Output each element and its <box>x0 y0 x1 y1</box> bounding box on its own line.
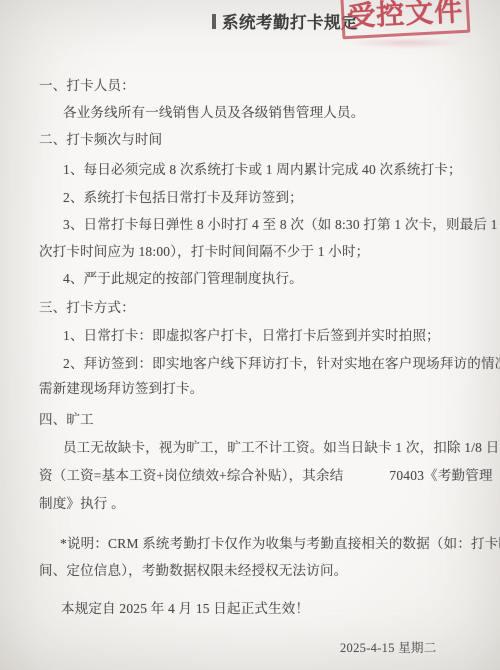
gap-line-right: 70403《考勤管理 <box>389 464 492 484</box>
list-item: 1、日常打卡：即虚拟客户打卡，日常打卡后签到并实时拍照； <box>63 324 440 344</box>
list-item: 3、日常打卡每日弹性 8 小时打 4 至 8 次（如 8:30 打第 1 次卡，… <box>63 213 498 233</box>
stamp-ink-smear <box>350 39 462 47</box>
paragraph-line: 员工无故缺卡，视为旷工，旷工不计工资。如当日缺卡 1 次，扣除 1/8 日工 <box>63 436 500 456</box>
gap-line-left: 资（工资=基本工资+岗位绩效+综合补贴），其余结 <box>39 464 343 484</box>
paragraph-line: 制度》执行 。 <box>39 492 125 512</box>
list-item: 1、每日必须完成 8 次系统打卡或 1 周内累计完成 40 次系统打卡； <box>63 158 462 178</box>
paragraph-line: 各业务线所有一线销售人员及各级销售管理人员。 <box>63 101 364 121</box>
section-heading: 一、打卡人员： <box>39 74 135 94</box>
section-heading: 三、打卡方式： <box>39 296 135 316</box>
note-line: 间、定位信息），考勤数据权限未经授权无法访问。 <box>39 559 347 579</box>
controlled-document-stamp: 受控文件 <box>340 0 471 39</box>
cropped-character-mark <box>212 14 216 29</box>
list-item: 4、严于此规定的按部门管理制度执行。 <box>63 267 303 287</box>
document-title-row: 系统考勤打卡规定 <box>212 9 358 33</box>
list-item: 2、系统打卡包括日常打卡及拜访签到； <box>63 186 303 206</box>
effective-date-line: 本规定自 2025 年 4 月 15 日起正式生效！ <box>61 597 309 617</box>
paragraph-line-with-gap: 资（工资=基本工资+岗位绩效+综合补贴），其余结 70403《考勤管理 <box>39 464 493 484</box>
paragraph-line: 需新建现场拜访签到打卡。 <box>39 377 203 397</box>
footer-date: 2025-4-15 星期二 <box>340 638 437 656</box>
section-heading: 二、打卡频次与时间 <box>39 128 162 148</box>
section-heading: 四、旷工 <box>39 408 94 428</box>
paragraph-line: 次打卡时间应为 18:00），打卡时间间隔不少于 1 小时； <box>39 240 369 260</box>
list-item: 2、拜访签到：即实地客户线下拜访打卡，针对实地在客户现场拜访的情况 <box>63 352 500 372</box>
page-title: 系统考勤打卡规定 <box>222 9 358 33</box>
scanned-document-page: 系统考勤打卡规定 受控文件 一、打卡人员： 各业务线所有一线销售人员及各级销售管… <box>0 0 500 670</box>
note-line: *说明：CRM 系统考勤打卡仅作为收集与考勤直接相关的数据（如：打卡时 <box>60 532 500 552</box>
